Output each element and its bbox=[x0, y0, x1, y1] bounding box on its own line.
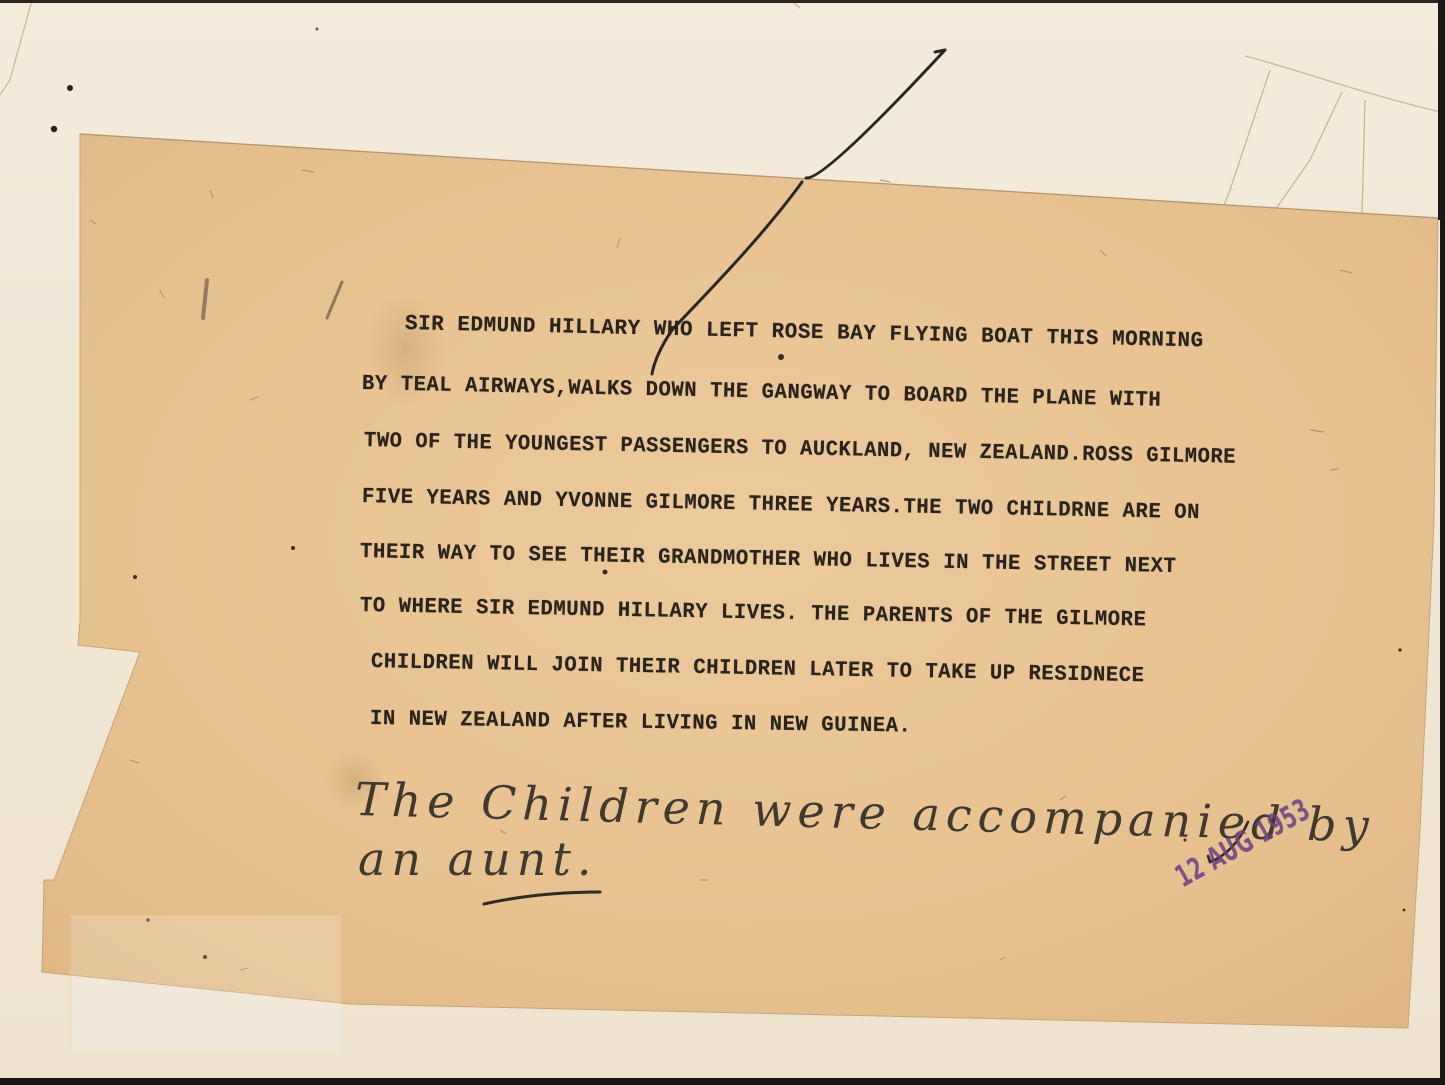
scan-border-top bbox=[0, 0, 1445, 3]
caption-paper bbox=[42, 134, 1438, 1028]
scan-border-right bbox=[1438, 0, 1445, 220]
scanned-document: SIR EDMUND HILLARY WHO LEFT ROSE BAY FLY… bbox=[0, 0, 1445, 1085]
tape-patch bbox=[70, 915, 341, 1050]
handwritten-note-line-2: an aunt. bbox=[358, 832, 597, 886]
scan-border-bottom bbox=[0, 1078, 1445, 1085]
stain bbox=[365, 295, 445, 405]
pin-hole bbox=[67, 85, 73, 91]
pin-hole bbox=[51, 126, 57, 132]
